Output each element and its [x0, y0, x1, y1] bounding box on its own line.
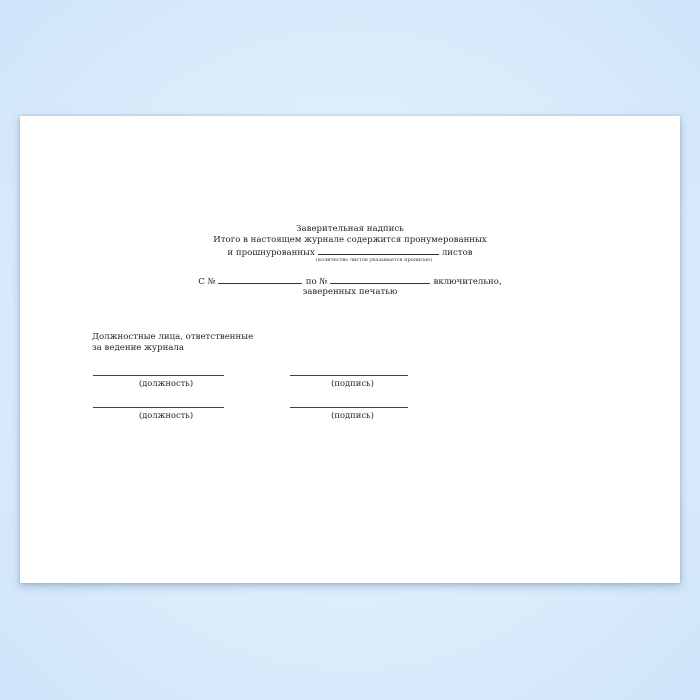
count-hint: (количество листов указывается прописью)	[316, 257, 432, 263]
sheets-label: листов	[442, 248, 473, 258]
range-from-blank[interactable]	[218, 275, 302, 284]
range-to-blank[interactable]	[330, 275, 430, 284]
signature-line-1[interactable]	[290, 375, 408, 376]
position-line-2[interactable]	[93, 407, 224, 408]
position-label-2: (должность)	[93, 410, 239, 420]
range-to-label: по №	[306, 277, 328, 287]
signature-line-2[interactable]	[290, 407, 408, 408]
sheet-count-blank[interactable]	[318, 246, 439, 255]
range-suffix: включительно,	[434, 277, 502, 287]
laced-label: и прошнурованных	[227, 248, 314, 258]
officials-line-2: за ведение журнала	[92, 343, 253, 354]
signature-label-1: (подпись)	[290, 378, 415, 388]
document-title: Заверительная надпись	[20, 224, 680, 235]
officials-line-1: Должностные лица, ответственные	[92, 332, 253, 343]
signature-label-2: (подпись)	[290, 410, 415, 420]
sealed-line: заверенных печатью	[20, 287, 680, 298]
document-sheet: Заверительная надпись Итого в настоящем …	[20, 116, 680, 583]
total-statement: Итого в настоящем журнале содержится про…	[20, 235, 680, 246]
officials-heading: Должностные лица, ответственные за веден…	[92, 332, 253, 354]
range-from-label: С №	[198, 277, 215, 287]
position-line-1[interactable]	[93, 375, 224, 376]
position-label-1: (должность)	[93, 378, 239, 388]
